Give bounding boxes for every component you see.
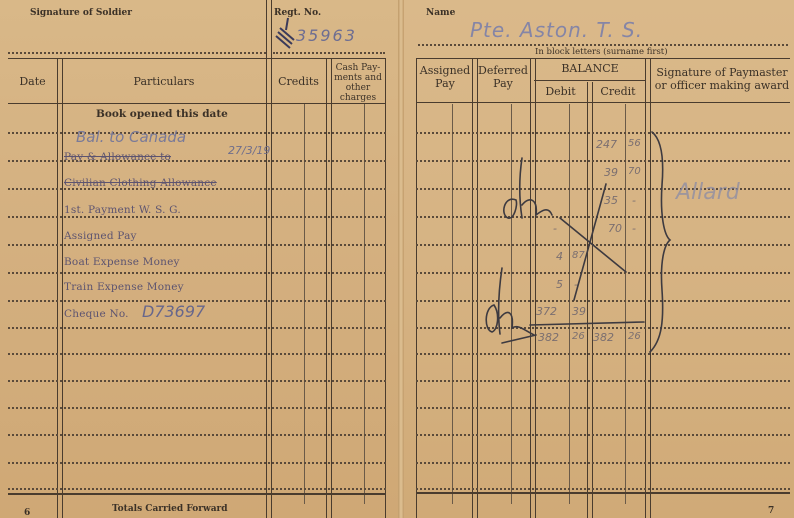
- row-line: [416, 132, 790, 134]
- credit-row-3-dollars: 35: [604, 194, 618, 207]
- entry-cheque-no: Cheque No.: [64, 308, 129, 320]
- debit-row-3-cents: -: [574, 278, 578, 291]
- row-line: [8, 462, 386, 464]
- credit-row-1-cents: 56: [628, 138, 641, 149]
- page-number-right: 7: [768, 506, 774, 516]
- entry-boat-expense: Boat Expense Money: [64, 256, 180, 268]
- entry-assigned-pay: Assigned Pay: [64, 230, 137, 242]
- row-line: [8, 272, 386, 274]
- row-line: [8, 380, 386, 382]
- date-header: Date: [8, 75, 57, 88]
- credits-header: Credits: [271, 75, 326, 88]
- row-line: [416, 488, 790, 490]
- row-line: [8, 327, 386, 329]
- debit-row-2-dollars: 4: [556, 250, 563, 263]
- name-label: Name: [426, 8, 455, 18]
- right-table-left-border: [416, 58, 417, 518]
- debit-row-3-dollars: 5: [556, 278, 563, 291]
- entry-pay-allowance: Pay & Allowance to: [64, 151, 171, 163]
- cash-payments-header: Cash Pay- ments and other charges: [331, 63, 385, 103]
- credit-column-divider: [645, 58, 651, 518]
- deferred-column-divider: [530, 58, 536, 518]
- row-line: [416, 216, 790, 218]
- entry-train-expense: Train Expense Money: [64, 281, 184, 293]
- debit-row-2-cents: 87: [572, 250, 585, 261]
- entry-first-payment-wsg: 1st. Payment W. S. G.: [64, 204, 181, 216]
- row-line: [416, 353, 790, 355]
- totals-line: [8, 493, 386, 495]
- row-line: [8, 244, 386, 246]
- signature-of-soldier-label: Signature of Soldier: [30, 8, 132, 18]
- row-line: [416, 327, 790, 329]
- regt-line: [273, 52, 385, 54]
- cheque-number-value: D73697: [142, 302, 205, 321]
- book-opened-label: Book opened this date: [96, 108, 228, 120]
- debit-row-4-cents: 39: [572, 305, 586, 318]
- row-line: [416, 380, 790, 382]
- credit-total-dollars: 382: [593, 331, 614, 344]
- name-value: Pte. Aston. T. S.: [470, 18, 643, 42]
- credit-row-4-dollars: 70: [608, 222, 622, 235]
- row-line: [416, 244, 790, 246]
- credit-row-2-cents: 70: [628, 166, 641, 177]
- debit-row-4-dollars: 372: [536, 305, 557, 318]
- row-line: [8, 132, 386, 134]
- deferred-cents-divider: [511, 104, 512, 504]
- assigned-pay-header: Assigned Pay: [418, 64, 472, 90]
- paymaster-signature-header: Signature of Paymaster or officer making…: [650, 66, 794, 92]
- name-hint: In block letters (surname first): [535, 47, 668, 57]
- deferred-pay-header: Deferred Pay: [476, 64, 530, 90]
- particulars-header: Particulars: [62, 75, 266, 88]
- entry-pay-allowance-date: 27/3/19: [228, 144, 270, 157]
- debit-row-1-dollars: -: [553, 222, 557, 235]
- credit-row-4-cents: -: [632, 222, 636, 235]
- balance-header: BALANCE: [534, 62, 646, 75]
- credit-row-3-cents: -: [632, 194, 636, 207]
- signature-line: [8, 52, 266, 54]
- entry-bal-to-canada: Bal. to Canada: [76, 128, 186, 146]
- row-line: [416, 300, 790, 302]
- row-line: [8, 488, 386, 490]
- debit-header: Debit: [534, 85, 587, 98]
- name-line: [418, 44, 788, 46]
- book-gutter: [398, 0, 404, 518]
- paymaster-signature: Allard: [676, 180, 740, 205]
- regt-number-value: 35963: [296, 26, 357, 45]
- table-right-border: [385, 58, 386, 518]
- row-line: [416, 272, 790, 274]
- row-line: [8, 216, 386, 218]
- assigned-column-divider: [472, 58, 478, 518]
- credit-row-2-dollars: 39: [604, 166, 618, 179]
- entry-civilian-clothing: Civilian Clothing Allowance: [64, 177, 217, 189]
- debit-cents-divider: [569, 104, 570, 504]
- totals-carried-forward-label: Totals Carried Forward: [112, 504, 228, 514]
- credits-column-divider: [326, 58, 332, 518]
- right-totals-line: [416, 492, 790, 494]
- row-line: [416, 462, 790, 464]
- date-column-divider: [57, 58, 63, 518]
- row-line: [416, 160, 790, 162]
- row-line: [416, 434, 790, 436]
- credit-row-1-dollars: 247: [596, 138, 617, 151]
- row-line: [8, 434, 386, 436]
- credits-cents-divider: [304, 104, 305, 504]
- balance-subheader-line: [534, 80, 646, 81]
- row-line: [8, 407, 386, 409]
- assigned-cents-divider: [452, 104, 453, 504]
- row-line: [8, 353, 386, 355]
- debit-total-dollars: 382: [538, 331, 559, 344]
- debit-total-cents: 26: [572, 331, 585, 342]
- cash-cents-divider: [364, 104, 365, 504]
- page-number-left: 6: [24, 508, 30, 518]
- credit-header: Credit: [591, 85, 645, 98]
- credit-cents-divider: [625, 104, 626, 504]
- regt-no-label: Regt. No.: [274, 8, 321, 18]
- credit-total-cents: 26: [628, 331, 641, 342]
- row-line: [416, 407, 790, 409]
